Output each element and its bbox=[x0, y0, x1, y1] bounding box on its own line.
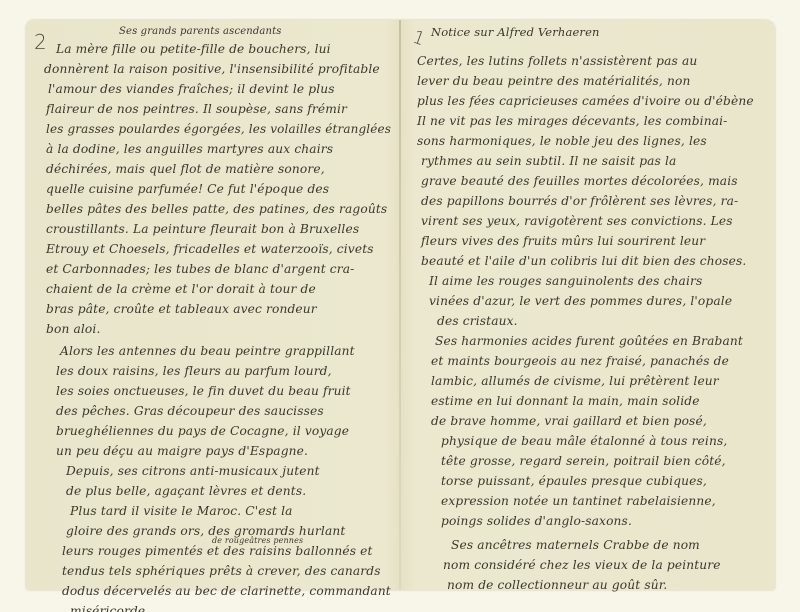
manuscript-line: Alors les antennes du beau peintre grapp… bbox=[60, 343, 355, 359]
manuscript-line: estime en lui donnant la main, main soli… bbox=[431, 393, 700, 409]
manuscript-line: Depuis, ses citrons anti-musicaux jutent bbox=[66, 463, 320, 479]
manuscript-line: sons harmoniques, le noble jeu des ligne… bbox=[417, 133, 707, 149]
manuscript-line: La mère fille ou petite-fille de boucher… bbox=[56, 41, 331, 57]
manuscript-line: flaireur de nos peintres. Il soupèse, sa… bbox=[46, 101, 347, 117]
manuscript-line: leurs rouges pimentés et des raisins bal… bbox=[62, 543, 373, 559]
heading-note: Ses grands parents ascendants bbox=[119, 26, 282, 37]
manuscript-line: poings solides d'anglo-saxons. bbox=[441, 513, 632, 529]
manuscript-line: lambic, allumés de civisme, lui prêtèren… bbox=[431, 373, 719, 389]
manuscript-line: fleurs vives des fruits mûrs lui sourire… bbox=[421, 233, 705, 249]
manuscript-sheet: 2 Ses grands parents ascendants de rouge… bbox=[26, 20, 775, 590]
manuscript-line: et maints bourgeois au nez fraisé, panac… bbox=[431, 353, 729, 369]
manuscript-line: belles pâtes des belles patte, des patin… bbox=[46, 201, 387, 217]
manuscript-line: brueghéliennes du pays de Cocagne, il vo… bbox=[56, 423, 349, 439]
manuscript-line: gloire des grands ors, des gromards hurl… bbox=[66, 523, 345, 539]
heading-note: Notice sur Alfred Verhaeren bbox=[431, 25, 600, 39]
manuscript-line: bras pâte, croûte et tableaux avec ronde… bbox=[46, 301, 317, 317]
manuscript-line: Etrouy et Choesels, fricadelles et water… bbox=[46, 241, 374, 257]
manuscript-line: grave beauté des feuilles mortes décolor… bbox=[421, 173, 738, 189]
manuscript-line: les soies onctueuses, le fin duvet du be… bbox=[56, 383, 351, 399]
manuscript-line: torse puissant, épaules presque cubiques… bbox=[441, 473, 707, 489]
manuscript-line: de brave homme, vrai gaillard et bien po… bbox=[431, 413, 707, 429]
manuscript-line: déchirées, mais quel flot de matière son… bbox=[46, 161, 325, 177]
manuscript-line: Ses ancêtres maternels Crabbe de nom bbox=[451, 537, 700, 553]
manuscript-line: les doux raisins, les fleurs au parfum l… bbox=[56, 363, 332, 379]
manuscript-line: tendus tels sphériques prêts à crever, d… bbox=[62, 563, 381, 579]
manuscript-line: rythmes au sein subtil. Il ne saisit pas… bbox=[421, 153, 676, 169]
page-number: 2 bbox=[34, 30, 47, 54]
manuscript-line: physique de beau mâle étalonné à tous re… bbox=[441, 433, 727, 449]
manuscript-line: un peu déçu au maigre pays d'Espagne. bbox=[56, 443, 308, 459]
manuscript-line: l'amour des viandes fraîches; il devint … bbox=[48, 81, 335, 97]
manuscript-line: lever du beau peintre des matérialités, … bbox=[417, 73, 690, 89]
manuscript-line: et Carbonnades; les tubes de blanc d'arg… bbox=[46, 261, 354, 277]
manuscript-line: Certes, les lutins follets n'assistèrent… bbox=[417, 53, 697, 69]
manuscript-line: des papillons bourrés d'or frôlèrent ses… bbox=[421, 193, 738, 209]
manuscript-line: de plus belle, agaçant lèvres et dents. bbox=[66, 483, 306, 499]
manuscript-line: à la dodine, les anguilles martyres aux … bbox=[46, 141, 333, 157]
page-number: 1 bbox=[410, 27, 428, 51]
manuscript-line: Plus tard il visite le Maroc. C'est la bbox=[70, 503, 293, 519]
manuscript-line: donnèrent la raison positive, l'insensib… bbox=[44, 61, 380, 77]
manuscript-line: plus les fées capricieuses camées d'ivoi… bbox=[417, 93, 754, 109]
manuscript-line: expression notée un tantinet rabelaisien… bbox=[441, 493, 716, 509]
manuscript-line: dodus décervelés au bec de clarinette, c… bbox=[62, 583, 391, 599]
manuscript-line: chaient de la crème et l'or dorait à tou… bbox=[46, 281, 316, 297]
manuscript-line: des pêches. Gras découpeur des saucisses bbox=[56, 403, 324, 419]
manuscript-line: bon aloi. bbox=[46, 321, 101, 337]
right-page: 1 Notice sur Alfred Verhaeren Certes, le… bbox=[401, 20, 775, 590]
manuscript-line: nom considéré chez les vieux de la peint… bbox=[443, 557, 721, 573]
manuscript-line: virent ses yeux, ravigotèrent ses convic… bbox=[421, 213, 733, 229]
manuscript-line: croustillants. La peinture fleurait bon … bbox=[46, 221, 359, 237]
manuscript-line: Il aime les rouges sanguinolents des cha… bbox=[429, 273, 702, 289]
manuscript-line: Il ne vit pas les mirages décevants, les… bbox=[417, 113, 727, 129]
manuscript-line: des cristaux. bbox=[437, 313, 518, 329]
manuscript-line: Ses harmonies acides furent goûtées en B… bbox=[435, 333, 743, 349]
manuscript-line: quelle cuisine parfumée! Ce fut l'époque… bbox=[46, 181, 329, 197]
left-page: 2 Ses grands parents ascendants de rouge… bbox=[26, 20, 399, 590]
manuscript-line: nom de collectionneur au goût sûr. bbox=[447, 577, 667, 593]
manuscript-line: beauté et l'aile d'un colibris lui dit b… bbox=[421, 253, 746, 269]
manuscript-line: vinées d'azur, le vert des pommes dures,… bbox=[429, 293, 732, 309]
manuscript-line: miséricorde bbox=[70, 603, 145, 612]
manuscript-line: tête grosse, regard serein, poitrail bie… bbox=[441, 453, 726, 469]
manuscript-line: les grasses poulardes égorgées, les vola… bbox=[46, 121, 391, 137]
